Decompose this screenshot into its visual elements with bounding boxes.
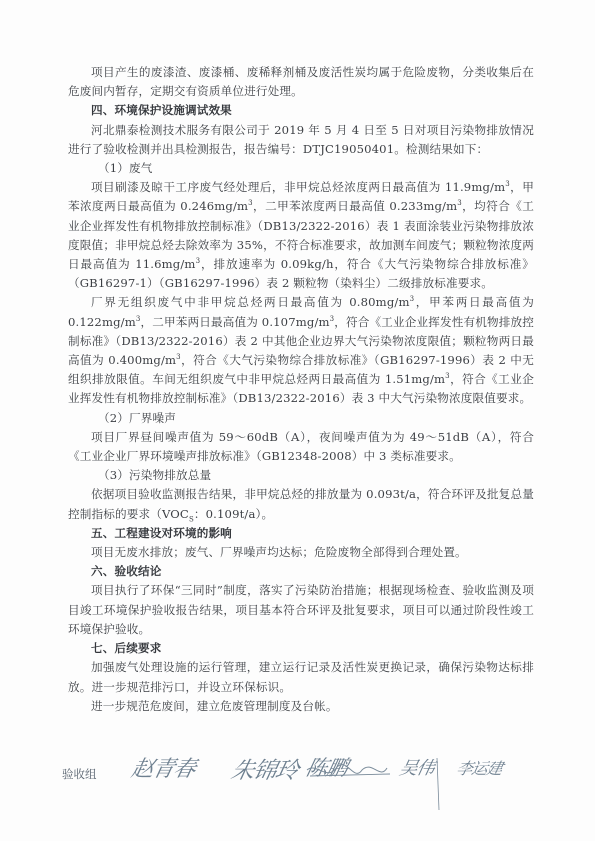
subheading-boundary-noise: （2）厂界噪声 [68,409,534,428]
paragraph-testing-intro: 河北鼎泰检测技术服务有限公司于 2019 年 5 月 4 日至 5 日对项目污染… [68,121,534,159]
paragraph-acceptance-conclusion: 项目执行了环保“三同时”制度，落实了污染防治措施；根据现场检查、验收监测及项目竣… [68,581,534,639]
paragraph-followup-1: 加强废气处理设施的运行管理，建立运行记录及活性炭更换记录，确保污染物达标排放。进… [68,658,534,696]
paragraph-hazardous-waste: 项目产生的废漆渣、废漆桶、废稀释剂桶及废活性炭均属于危险废物，分类收集后在危废间… [68,63,534,101]
signature-row: 验收组 赵青春 朱锦玲 陈鹏 吴伟 李运建 [62,752,542,802]
paragraph-environmental-impact: 项目无废水排放；废气、厂界噪声均达标；危险废物全部得到合理处置。 [68,543,534,562]
heading-section-7: 七、后续要求 [68,639,534,658]
document-page: 项目产生的废漆渣、废漆桶、废稀释剂桶及废活性炭均属于危险废物，分类收集后在危废间… [0,0,595,841]
signature-scribble-strokes [62,752,542,812]
heading-section-5: 五、工程建设对环境的影响 [68,524,534,543]
heading-section-6: 六、验收结论 [68,562,534,581]
paragraph-fugitive-emissions: 厂界无组织废气中非甲烷总烃两日最高值为 0.80mg/m3，甲苯两日最高值为 0… [68,293,534,408]
paragraph-exhaust-gas-results: 项目刷漆及晾干工序废气经处理后，非甲烷总烃浓度两日最高值为 11.9mg/m3，… [68,178,534,293]
heading-section-4: 四、环境保护设施调试效果 [68,101,534,120]
subheading-total-emissions: （3）污染物排放总量 [68,466,534,485]
paragraph-noise-results: 项目厂界昼间噪声值为 59～60dB（A），夜间噪声值为为 49～51dB（A）… [68,428,534,466]
paragraph-followup-2: 进一步规范危废间，建立危废管理制度及台帐。 [68,697,534,716]
paragraph-total-emissions: 依据项目验收监测报告结果，非甲烷总烃的排放量为 0.093t/a，符合环评及批复… [68,485,534,523]
subheading-exhaust-gas: （1）废气 [68,159,534,178]
document-body: 项目产生的废漆渣、废漆桶、废稀释剂桶及废活性炭均属于危险废物，分类收集后在危废间… [68,63,534,716]
